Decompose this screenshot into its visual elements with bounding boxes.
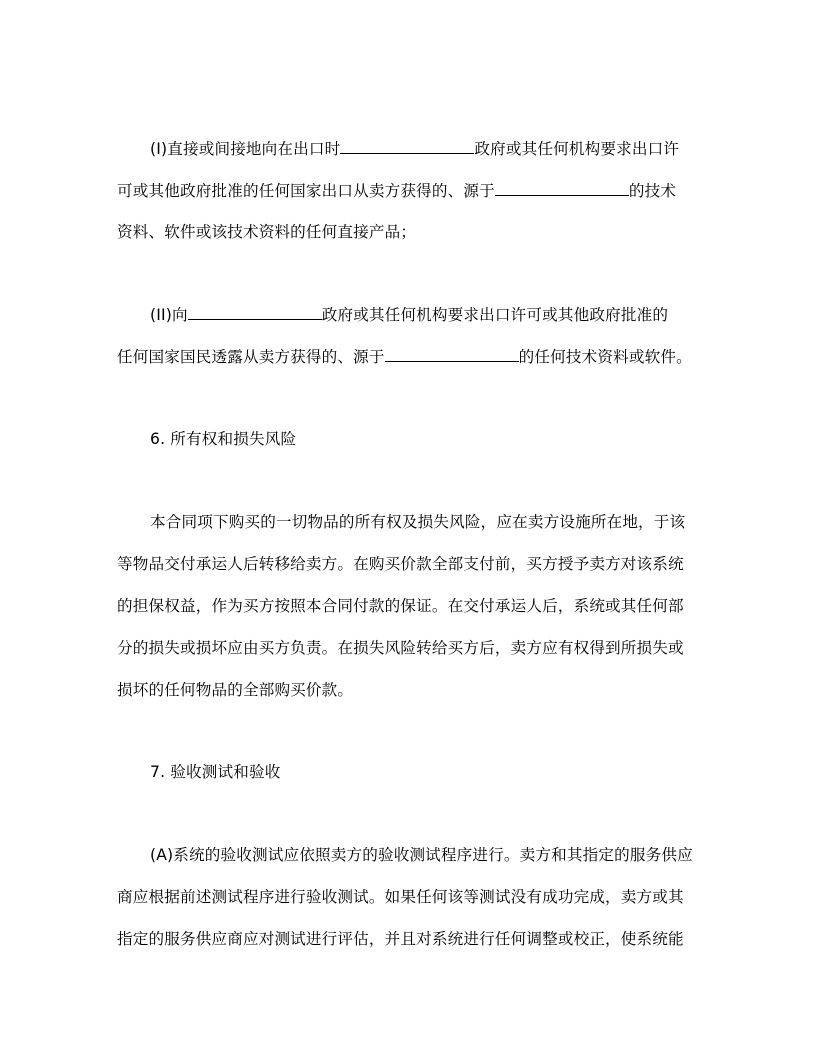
clause-i-text: 政府或其任何机构要求出口许 — [474, 140, 679, 158]
clause-ii-line-2: 任何国家国民透露从卖方获得的、源于的任何技术资料或软件。 — [117, 346, 692, 366]
clause-ii-text: (II)向 — [150, 306, 188, 324]
section-6-line: 损坏的任何物品的全部购买价款。 — [117, 680, 353, 700]
section-7-heading: 7. 验收测试和验收 — [150, 762, 281, 782]
clause-i-line-2: 可或其他政府批准的任何国家出口从卖方获得的、源于的技术 — [117, 180, 676, 200]
section-6-line: 的担保权益，作为买方按照本合同付款的保证。在交付承运人后，系统或其任何部 — [117, 596, 684, 616]
blank-field[interactable] — [188, 304, 322, 320]
clause-i-text: 可或其他政府批准的任何国家出口从卖方获得的、源于 — [117, 182, 495, 200]
blank-field[interactable] — [495, 180, 629, 196]
clause-i-line-3: 资料、软件或该技术资料的任何直接产品； — [117, 222, 416, 242]
section-7-line: 指定的服务供应商应对测试进行评估，并且对系统进行任何调整或校正，使系统能 — [117, 929, 684, 949]
section-7-line: (A)系统的验收测试应依照卖方的验收测试程序进行。卖方和其指定的服务供应 — [150, 845, 693, 865]
clause-ii-text: 任何国家国民透露从卖方获得的、源于 — [117, 348, 385, 366]
clause-ii-text: 的任何技术资料或软件。 — [519, 348, 692, 366]
clause-ii-line-1: (II)向政府或其任何机构要求出口许可或其他政府批准的 — [150, 304, 668, 324]
blank-field[interactable] — [385, 346, 519, 362]
section-7-line: 商应根据前述测试程序进行验收测试。如果任何该等测试没有成功完成，卖方或其 — [117, 887, 684, 907]
clause-i-line-1: (I)直接或间接地向在出口时政府或其任何机构要求出口许 — [150, 138, 679, 158]
section-6-line: 等物品交付承运人后转移给卖方。在购买价款全部支付前，买方授予卖方对该系统 — [117, 554, 684, 574]
clause-i-text: (I)直接或间接地向在出口时 — [150, 140, 340, 158]
section-6-line: 本合同项下购买的一切物品的所有权及损失风险，应在卖方设施所在地，于该 — [150, 512, 685, 532]
blank-field[interactable] — [340, 138, 474, 154]
clause-ii-text: 政府或其任何机构要求出口许可或其他政府批准的 — [322, 306, 668, 324]
clause-i-text: 的技术 — [629, 182, 676, 200]
section-6-heading: 6. 所有权和损失风险 — [150, 429, 296, 449]
section-6-line: 分的损失或损坏应由买方负责。在损失风险转给买方后，卖方应有权得到所损失或 — [117, 638, 684, 658]
